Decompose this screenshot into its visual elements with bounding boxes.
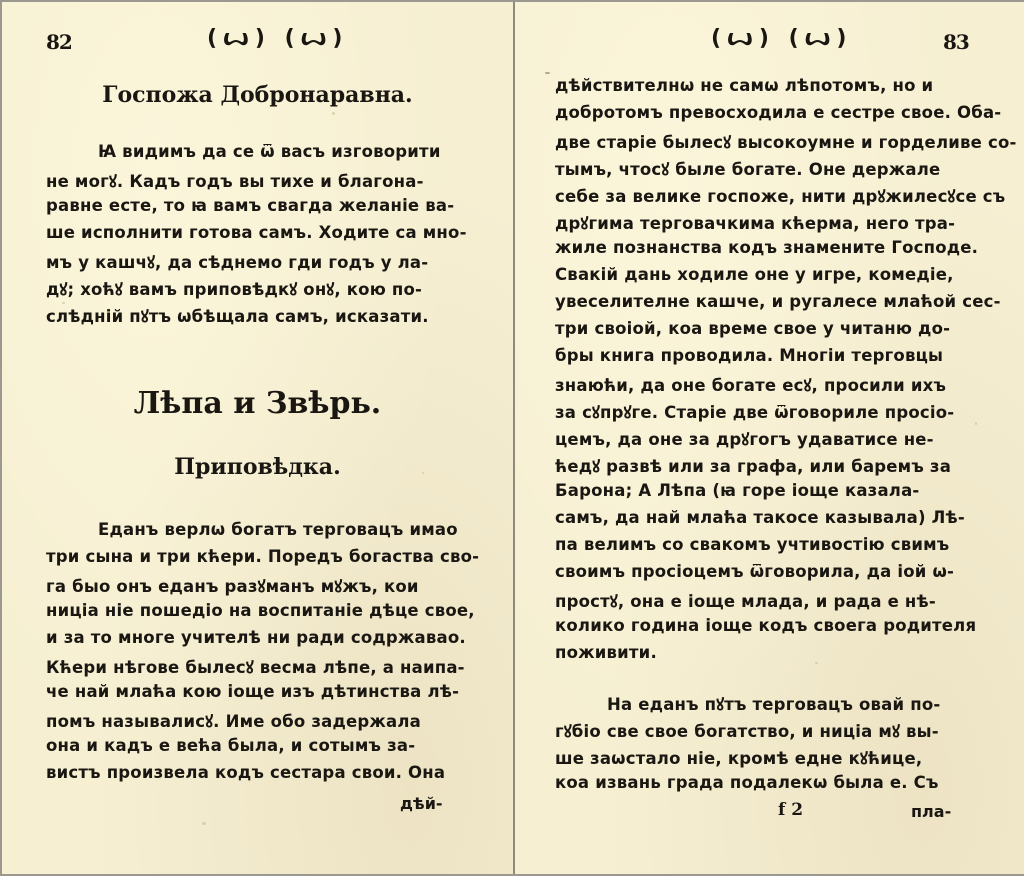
text-line: слѣдній пꙋтъ ѡбѣщала самъ, исказати.: [46, 304, 429, 327]
right-page: (ꙍ) (ꙍ) 83 дѣйствителнѡ не самѡ лѣпотомъ…: [515, 2, 1024, 874]
text-line: гꙋбіо све свое богатство, и ниціа мꙋ вы-: [555, 719, 939, 742]
text-line: поживити.: [555, 643, 657, 662]
text-line: она и кадъ е већа была, и сотымъ за-: [46, 736, 415, 755]
book-spread: 82 (ꙍ) (ꙍ) Госпожа Добронаравна. Ꙗ видим…: [0, 0, 1024, 876]
page-number-right: 83: [943, 30, 969, 54]
text-line: дѣйствителнѡ не самѡ лѣпотомъ, но и: [555, 76, 933, 95]
text-line: увеселителне кашче, и ругалесе млаћой се…: [555, 292, 1001, 311]
text-line: добротомъ превосходила е сестре свое. Об…: [555, 103, 1001, 122]
text-line: Кћери нѣгове былесꙋ весма лѣпе, а наипа-: [46, 655, 465, 678]
text-line: равне есте, то ꙗ вамъ свагда желаніе ва-: [46, 196, 454, 215]
text-line: дꙋ; хоћꙋ вамъ приповѣдкꙋ онꙋ, кою по-: [46, 277, 422, 300]
story-subtitle: Приповѣдка.: [2, 454, 513, 480]
text-line: цемъ, да оне за дрꙋгогъ удаватисе не-: [555, 427, 934, 450]
text-line: тымъ, чтосꙋ быле богате. Оне держале: [555, 157, 940, 180]
text-line: самъ, да най млаћа такосе казывала) Лѣ-: [555, 508, 965, 527]
catchword-right: пла-: [911, 802, 951, 821]
text-line: за сꙋпрꙋге. Старіе две ѿговориле просіо-: [555, 400, 954, 423]
text-line: три своіой, коа време свое у читаню до-: [555, 319, 950, 338]
left-page: 82 (ꙍ) (ꙍ) Госпожа Добронаравна. Ꙗ видим…: [2, 2, 513, 874]
text-line: Ꙗ видимъ да се ѿ васъ изговорити: [98, 142, 441, 161]
text-line: На еданъ пꙋтъ терговацъ овай по-: [607, 692, 940, 715]
text-line: ше исполнити готова самъ. Ходите са мно-: [46, 223, 467, 242]
text-line: че най млаћа кою іоще изъ дѣтинства лѣ-: [46, 682, 459, 701]
text-line: колико година іоще кодъ своега родителя: [555, 616, 976, 635]
text-line: па велимъ со свакомъ учтивостію свимъ: [555, 535, 949, 554]
story-title: Лѣпа и Звѣрь.: [2, 386, 513, 421]
text-line: коа извань града подалекѡ была е. Съ: [555, 773, 939, 792]
text-line: дрꙋгима терговачкима кћерма, него тра-: [555, 211, 955, 234]
text-line: две старіе былесꙋ высокоумне и горделиве…: [555, 130, 1017, 153]
signature-mark: f 2: [778, 800, 803, 820]
text-line: ше заѡстало ніе, кромѣ едне кꙋћице,: [555, 746, 922, 769]
header-ornament-left: (ꙍ) (ꙍ): [207, 26, 348, 51]
text-line: и за то многе учителѣ ни ради содржавао.: [46, 628, 466, 647]
text-line: жиле познанства кодъ знамените Господе.: [555, 238, 978, 257]
header-ornament-right: (ꙍ) (ꙍ): [711, 26, 852, 51]
section-title: Госпожа Добронаравна.: [2, 82, 513, 108]
text-line: Барона; А Лѣпа (ꙗ горе іоще казала-: [555, 481, 919, 500]
text-line: себе за велике госпоже, нити дрꙋжилесꙋсе…: [555, 184, 1005, 207]
text-line: Свакій дань ходиле оне у игре, комедіе,: [555, 265, 954, 284]
text-line: вистъ произвела кодъ сестара свои. Она: [46, 763, 445, 782]
text-line: простꙋ, она е іоще млада, и рада е нѣ-: [555, 589, 936, 612]
text-line: ниціа ніе пошедіо на воспитаніе дѣце сво…: [46, 601, 475, 620]
text-line: своимъ просіоцемъ ѿговорила, да іой ѡ-: [555, 562, 954, 581]
text-line: бры книга проводила. Многіи терговцы: [555, 346, 943, 365]
text-line: га быо онъ еданъ разꙋманъ мꙋжъ, кои: [46, 574, 419, 597]
text-line: ћедꙋ развѣ или за графа, или баремъ за: [555, 454, 951, 477]
catchword-left: дѣй-: [400, 794, 443, 813]
text-line: знаюћи, да оне богате есꙋ, просили ихъ: [555, 373, 946, 396]
text-line: не могꙋ. Кадъ годъ вы тихе и благона-: [46, 169, 424, 192]
text-line: мъ у кашчꙋ, да сѣднемо гди годъ у ла-: [46, 250, 428, 273]
text-line: три сына и три кћери. Поредъ богаства св…: [46, 547, 479, 566]
text-line: Еданъ верлѡ богатъ терговацъ имао: [98, 520, 458, 539]
page-number-left: 82: [46, 30, 72, 54]
text-line: помъ называлисꙋ. Име обо задержала: [46, 709, 421, 732]
